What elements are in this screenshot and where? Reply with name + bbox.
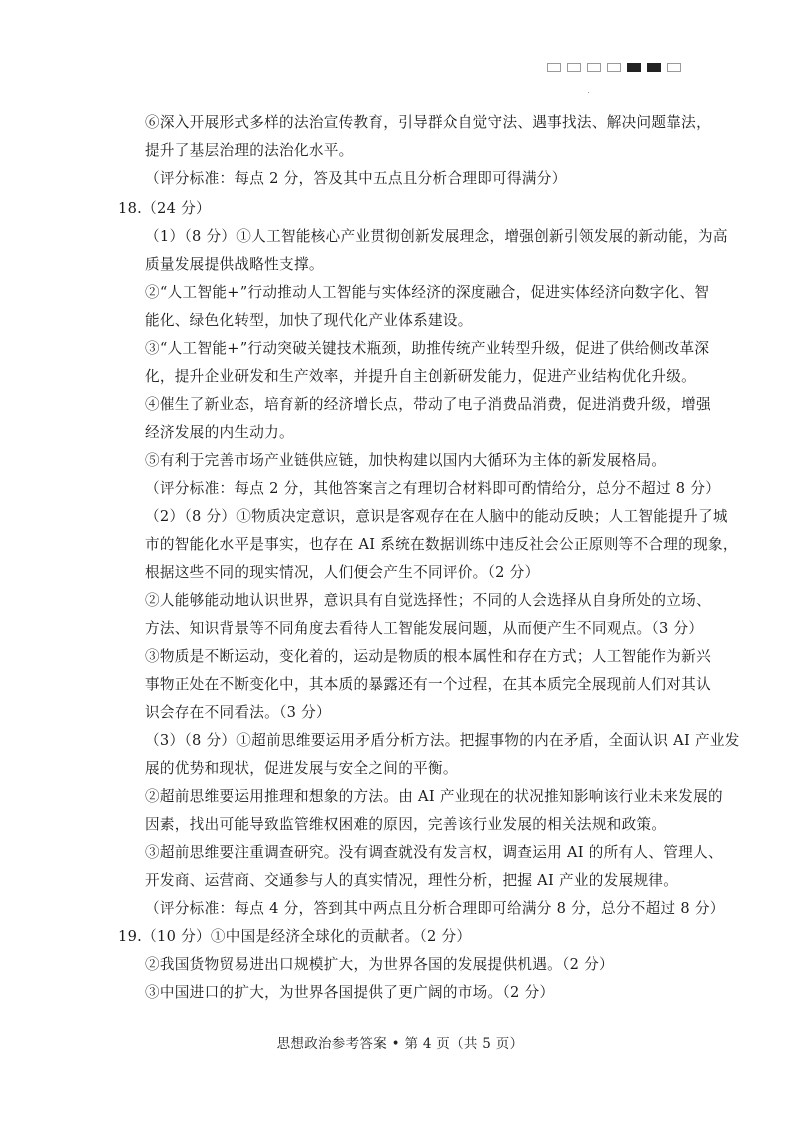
text-line: 能化、绿色化转型，加快了现代化产业体系建设。	[145, 311, 473, 331]
page-footer: 思想政治参考答案 • 第 4 页（共 5 页）	[0, 1032, 800, 1052]
page-mark-empty	[667, 63, 681, 72]
text-line: 化，提升企业研发和生产效率，并提升自主创新研发能力，促进产业结构优化升级。	[145, 367, 696, 387]
text-line: （2）（8 分）①物质决定意识，意识是客观存在在人脑中的能动反映；人工智能提升了…	[145, 507, 728, 527]
page-position-marks	[547, 63, 681, 72]
scan-dot	[588, 92, 589, 93]
page-mark-filled	[647, 63, 661, 72]
grading-note: （评分标准：每点 2 分，其他答案言之有理切合材料即可酌情给分，总分不超过 8 …	[145, 479, 720, 499]
text-line: 质量发展提供战略性支撑。	[145, 255, 324, 275]
text-line: ⑤有利于完善市场产业链供应链，加快构建以国内大循环为主体的新发展格局。	[145, 451, 666, 471]
text-line: （3）（8 分）①超前思维要运用矛盾分析方法。把握事物的内在矛盾，全面认识 AI…	[145, 731, 740, 751]
page-mark-empty	[547, 63, 561, 72]
page-mark-empty	[567, 63, 581, 72]
question-19-heading: 19.（10 分）①中国是经济全球化的贡献者。（2 分）	[118, 927, 471, 947]
text-line: ③“人工智能+”行动突破关键技术瓶颈，助推传统产业转型升级，促进了供给侧改革深	[145, 339, 709, 359]
text-line: ②人能够能动地认识世界，意识具有自觉选择性；不同的人会选择从自身所处的立场、	[145, 591, 711, 611]
text-line: 根据这些不同的现实情况，人们便会产生不同评价。（2 分）	[145, 563, 539, 583]
text-line: （1）（8 分）①人工智能核心产业贯彻创新发展理念，增强创新引领发展的新动能，为…	[145, 227, 728, 247]
page-mark-filled	[627, 63, 641, 72]
text-line: 识会存在不同看法。（3 分）	[145, 703, 331, 723]
text-line: ③超前思维要注重调查研究。没有调查就没有发言权，调查运用 AI 的所有人、管理人…	[145, 843, 723, 863]
text-line: 事物正处在不断变化中，其本质的暴露还有一个过程，在其本质完全展现前人们对其认	[145, 675, 711, 695]
text-line: ⑥深入开展形式多样的法治宣传教育，引导群众自觉守法、遇事找法、解决问题靠法，	[145, 113, 711, 133]
grading-note: （评分标准：每点 2 分，答及其中五点且分析合理即可得满分）	[145, 169, 567, 189]
text-line: ②“人工智能+”行动推动人工智能与实体经济的深度融合，促进实体经济向数字化、智	[145, 283, 709, 303]
text-line: 市的智能化水平是事实，也存在 AI 系统在数据训练中违反社会公正原则等不合理的现…	[145, 535, 738, 555]
text-line: 方法、知识背景等不同角度去看待人工智能发展问题，从而便产生不同观点。（3 分）	[145, 619, 703, 639]
text-line: ③物质是不断运动，变化着的，运动是物质的根本属性和存在方式；人工智能作为新兴	[145, 647, 711, 667]
text-line: 经济发展的内生动力。	[145, 423, 294, 443]
text-line: 因素，找出可能导致监管维权困难的原因，完善该行业发展的相关法规和政策。	[145, 815, 666, 835]
text-line: 提升了基层治理的法治化水平。	[145, 141, 354, 161]
text-line: ④催生了新业态，培育新的经济增长点，带动了电子消费品消费，促进消费升级，增强	[145, 395, 711, 415]
text-line: ③中国进口的扩大，为世界各国提供了更广阔的市场。（2 分）	[145, 983, 554, 1003]
grading-note: （评分标准：每点 4 分，答到其中两点且分析合理即可给满分 8 分，总分不超过 …	[145, 899, 725, 919]
page-mark-empty	[587, 63, 601, 72]
question-18-heading: 18.（24 分）	[118, 199, 211, 219]
text-line: 开发商、运营商、交通参与人的真实情况，理性分析，把握 AI 产业的发展规律。	[145, 871, 678, 891]
text-line: ②超前思维要运用推理和想象的方法。由 AI 产业现在的状况推知影响该行业未来发展…	[145, 787, 723, 807]
text-line: ②我国货物贸易进出口规模扩大，为世界各国的发展提供机遇。（2 分）	[145, 955, 614, 975]
page-mark-empty	[607, 63, 621, 72]
text-line: 展的优势和现状，促进发展与安全之间的平衡。	[145, 759, 458, 779]
